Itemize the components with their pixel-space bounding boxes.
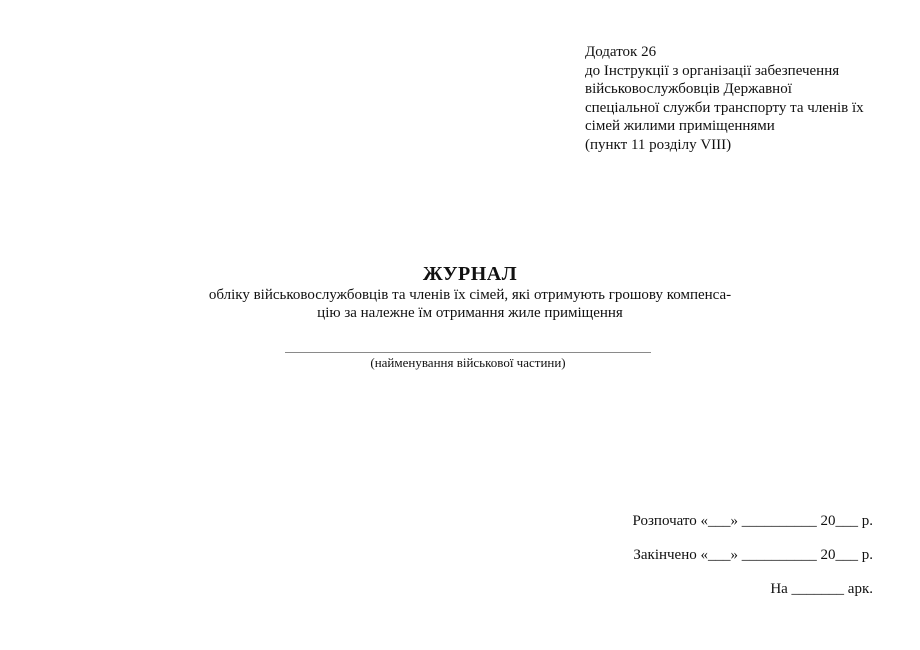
journal-subtitle-line: обліку військовослужбовців та членів їх … [180, 286, 760, 304]
military-unit-caption: (найменування військової частини) [285, 355, 651, 371]
journal-subtitle-line: цію за належне їм отримання жиле приміще… [180, 304, 760, 322]
appendix-line: спеціальної служби транспорту та членів … [585, 99, 905, 118]
appendix-line: до Інструкції з організації забезпечення [585, 62, 905, 81]
appendix-line: військовослужбовців Державної [585, 80, 905, 99]
appendix-line: сімей жилими приміщеннями [585, 117, 905, 136]
finished-date-line: Закінчено «___» __________ 20___ р. [633, 546, 873, 564]
journal-title-block: ЖУРНАЛ обліку військовослужбовців та чле… [180, 262, 760, 322]
sheet-count-line: На _______ арк. [633, 580, 873, 598]
appendix-reference: Додаток 26 до Інструкції з організації з… [585, 43, 905, 154]
appendix-section-reference: (пункт 11 розділу VIII) [585, 136, 905, 155]
journal-dates-block: Розпочато «___» __________ 20___ р. Закі… [633, 512, 873, 598]
journal-subtitle: обліку військовослужбовців та членів їх … [180, 286, 760, 322]
appendix-number: Додаток 26 [585, 43, 905, 62]
military-unit-fill-line [285, 352, 651, 353]
started-date-line: Розпочато «___» __________ 20___ р. [633, 512, 873, 530]
journal-title: ЖУРНАЛ [180, 262, 760, 286]
